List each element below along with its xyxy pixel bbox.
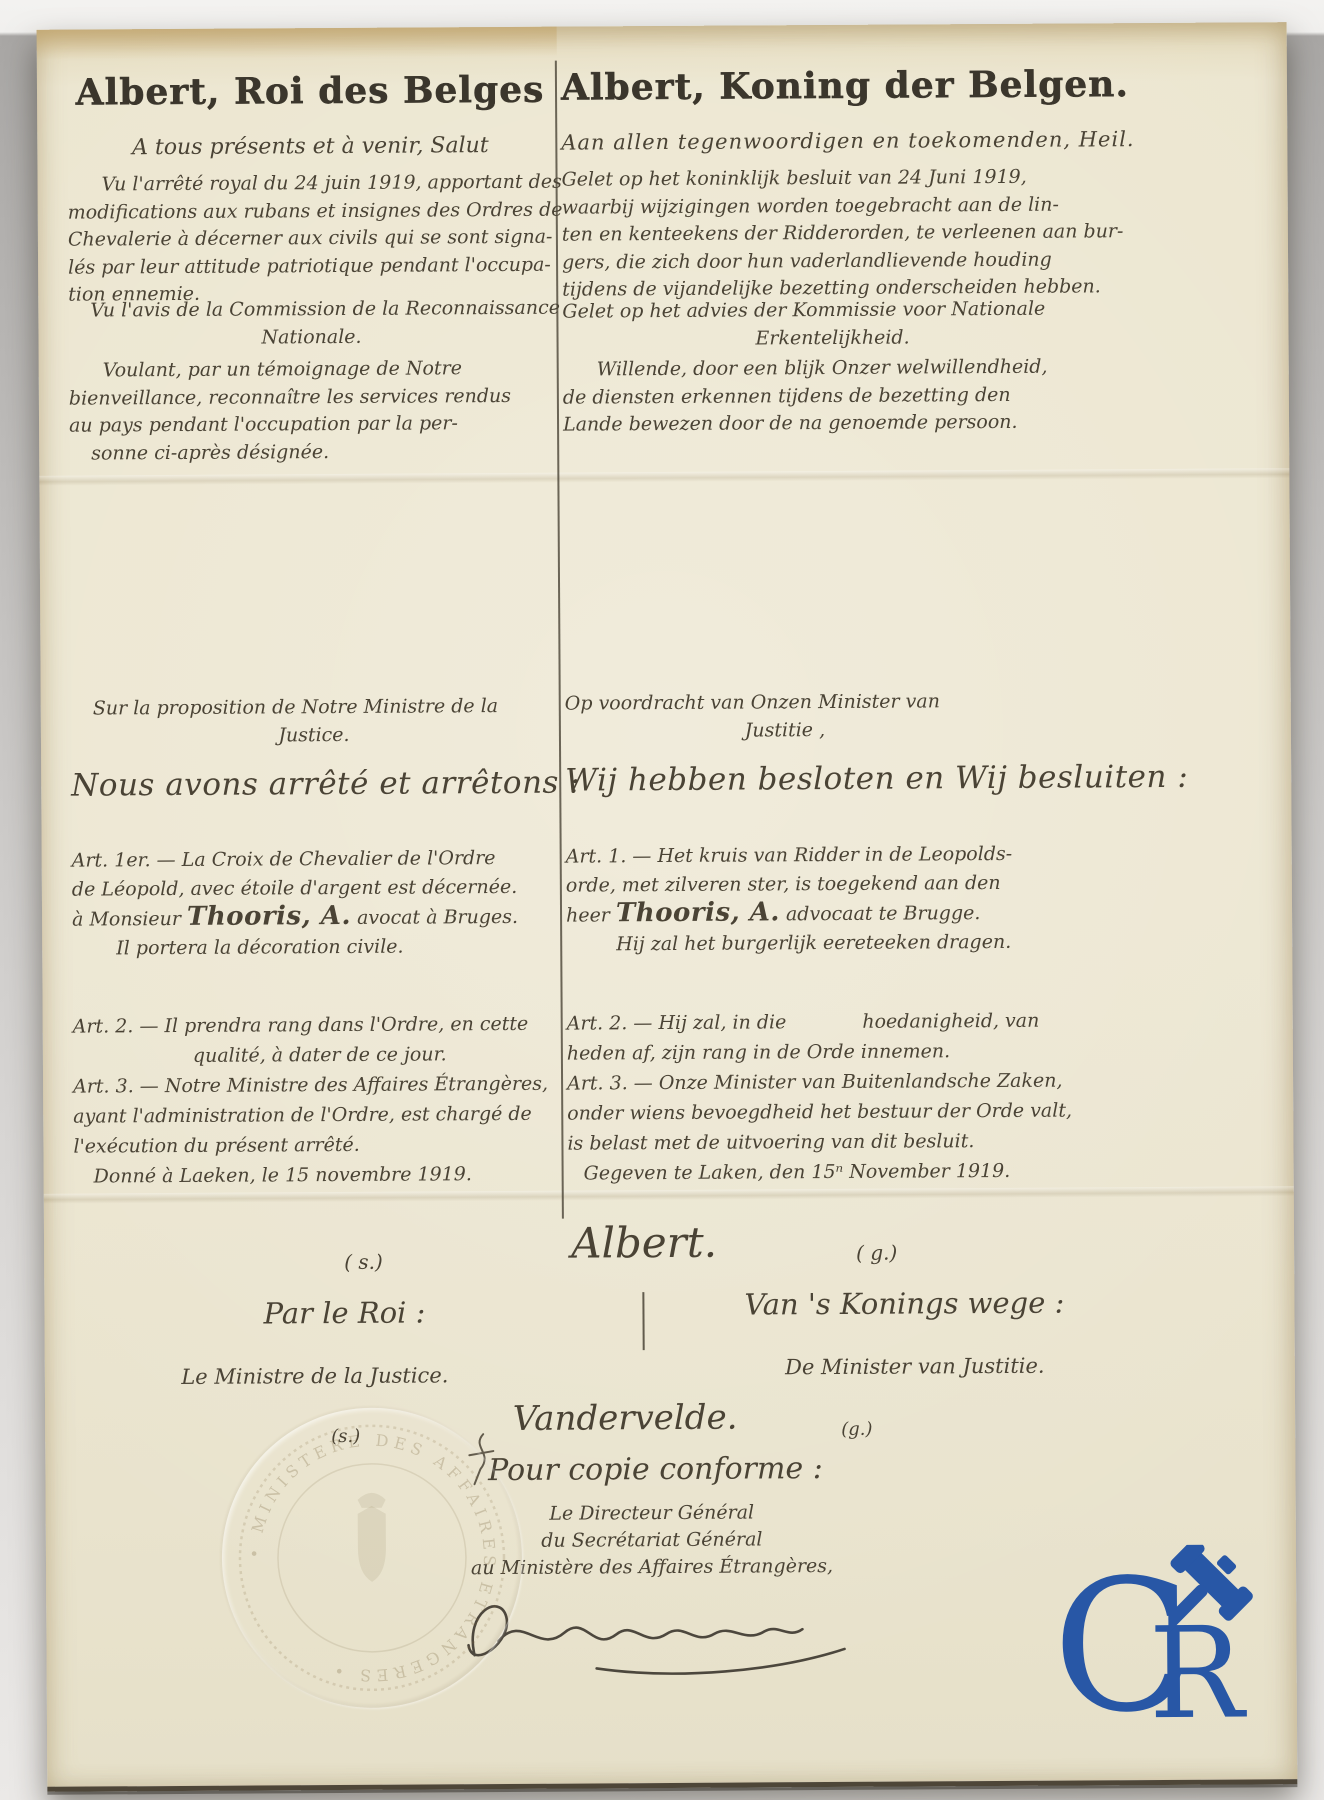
paragraph: Sur la proposition de Notre Ministre de … xyxy=(71,693,579,751)
date-line-dutch: Gegeven te Laken, den 15ⁿ November 1919. xyxy=(584,1156,1073,1189)
text-fragment: à Monsieur xyxy=(72,908,181,931)
signed-marker-french: ( s.) xyxy=(344,1250,383,1274)
text-line: Art. 1er. — La Croix de Chevalier de l'O… xyxy=(72,844,558,875)
gavel-icon xyxy=(1168,1544,1287,1663)
text-line: de Léopold, avec étoile d'argent est déc… xyxy=(72,872,558,903)
paragraph: Vu l'avis de la Commission de la Reconna… xyxy=(68,295,576,353)
salutation-dutch: Aan allen tegenwoordigen en toekomenden,… xyxy=(561,127,1121,154)
crown-shape xyxy=(358,1493,386,1508)
paragraph: Gelet op het koninklijk besluit van 24 J… xyxy=(561,163,1123,304)
text-line: Erkentelijkheid. xyxy=(622,323,1042,353)
articles-2-3-dutch: Art. 2. — Hij zal, in die hoedanigheid, … xyxy=(567,1006,1073,1189)
text-line: Lande bewezen door de na genoemde persoo… xyxy=(563,409,1048,439)
text-line: Art. 2. — Hij zal, in die hoedanigheid, … xyxy=(567,1006,1072,1039)
coat-of-arms-shield xyxy=(358,1506,386,1582)
text-line: is belast met de uitvoering van dit besl… xyxy=(567,1126,1072,1159)
fold-crease xyxy=(39,468,1289,486)
text-line: Art. 2. — Il prendra rang dans l'Ordre, … xyxy=(73,1009,559,1042)
text-line: heden af, zijn rang in de Orde innemen. xyxy=(567,1036,1072,1069)
text-line: Justitie , xyxy=(605,716,965,746)
recipient-name: Thooris, A. xyxy=(187,901,351,932)
text-line: Voulant, par un témoignage de Notre xyxy=(103,354,589,384)
auction-house-watermark: C R xyxy=(1046,1548,1287,1754)
text-line: Willende, door een blijk Onzer welwillen… xyxy=(597,354,1048,384)
text-line: lés par leur attitude patriotique pendan… xyxy=(68,251,554,281)
decree-heading-french: Nous avons arrêté et arrêtons : xyxy=(71,765,580,804)
text-line: orde, met zilveren ster, is toegekend aa… xyxy=(566,868,1013,899)
signed-marker-dutch: (g.) xyxy=(841,1419,872,1440)
text-line: sonne ci-après désignée. xyxy=(91,437,577,467)
embossed-seal: • MINISTERE DES AFFAIRES ETRANGERES • xyxy=(221,1407,523,1709)
title-dutch: Albert, Koning der Belgen. xyxy=(561,63,1121,110)
text-line: de diensten erkennen tijdens de bezettin… xyxy=(563,381,1048,411)
text-line: waarbij wijzigingen worden toegebracht a… xyxy=(562,191,1124,222)
text-line: l'exécution du présent arrêté. xyxy=(73,1129,559,1162)
paragraph: Willende, door een blijk Onzer welwillen… xyxy=(563,354,1048,439)
paragraph: Voulant, par un témoignage de Notre bien… xyxy=(69,354,590,467)
text-line: Art. 1. — Het kruis van Ridder in de Leo… xyxy=(566,840,1013,871)
text-line: Chevalerie à décerner aux civils qui se … xyxy=(68,224,554,254)
text-line: onder wiens bevoegdheid het bestuur der … xyxy=(567,1096,1072,1129)
text-line: Sur la proposition de Notre Ministre de … xyxy=(93,693,579,723)
text-fragment: advocaat te Brugge. xyxy=(786,902,981,925)
text-line: Art. 3. — Onze Minister van Buitenlandsc… xyxy=(567,1066,1072,1099)
minister-title-french: Le Ministre de la Justice. xyxy=(155,1363,475,1389)
text-line: à Monsieur Thooris, A. avocat à Bruges. xyxy=(72,901,558,934)
recipient-name: Thooris, A. xyxy=(616,897,780,928)
text-line: Nationale. xyxy=(68,322,554,352)
article-1-french: Art. 1er. — La Croix de Chevalier de l'O… xyxy=(72,843,603,962)
text-fragment: avocat à Bruges. xyxy=(357,906,518,929)
aged-paper-edge xyxy=(37,27,557,60)
paragraph: Vu l'arrêté royal du 24 juin 1919, appor… xyxy=(67,168,588,309)
text-line: Justice. xyxy=(71,720,557,750)
minister-title-dutch: De Minister van Justitie. xyxy=(745,1353,1085,1379)
decree-heading-dutch: Wij hebben besloten en Wij besluiten : xyxy=(565,759,1188,799)
text-line: modifications aux rubans et insignes des… xyxy=(68,196,554,226)
signed-marker-dutch: ( g.) xyxy=(856,1241,897,1265)
text-line: ayant l'administration de l'Ordre, est c… xyxy=(73,1099,559,1132)
paper-stack-edge xyxy=(47,1784,1297,1795)
embossed-seal-graphic: • MINISTERE DES AFFAIRES ETRANGERES • xyxy=(221,1407,523,1709)
text-line: Il portera la décoration civile. xyxy=(116,931,602,962)
text-line: Hij zal het burgerlijk eereteeken dragen… xyxy=(616,927,1013,958)
text-line: au pays pendant l'occupation par la per- xyxy=(69,410,555,440)
photograph: Albert, Roi des Belges A tous présents e… xyxy=(0,0,1324,1800)
paragraph: Op voordracht van Onzen Minister van Jus… xyxy=(565,688,965,745)
salutation-french: A tous présents et à venir, Salut xyxy=(67,133,553,161)
title-french: Albert, Roi des Belges xyxy=(67,69,553,115)
paragraph: Gelet op het advies der Kommissie voor N… xyxy=(562,296,1045,354)
by-the-king-dutch: Van 's Konings wege : xyxy=(744,1286,1064,1322)
text-line: heer Thooris, A. advocaat te Brugge. xyxy=(566,897,1013,930)
text-line: Vu l'avis de la Commission de la Reconna… xyxy=(90,295,576,325)
by-the-king-french: Par le Roi : xyxy=(204,1295,484,1331)
separator-line xyxy=(642,1292,644,1350)
document-page: Albert, Roi des Belges A tous présents e… xyxy=(37,22,1298,1792)
text-line: Art. 3. — Notre Ministre des Affaires Ét… xyxy=(73,1069,559,1102)
date-line-french: Donné à Laeken, le 15 novembre 1919. xyxy=(94,1159,580,1192)
text-line: Gelet op het koninklijk besluit van 24 J… xyxy=(561,163,1123,194)
text-line: gers, die zich door hun vaderlandlievend… xyxy=(562,246,1124,277)
royal-signature: Albert. xyxy=(444,1217,844,1268)
article-1-dutch: Art. 1. — Het kruis van Ridder in de Leo… xyxy=(566,840,1013,959)
text-line: ten en kenteekens der Ridderorden, te ve… xyxy=(562,218,1124,249)
text-line: Vu l'arrêté royal du 24 juin 1919, appor… xyxy=(101,168,587,198)
text-line: Gelet op het advies der Kommissie voor N… xyxy=(562,296,1045,326)
text-line: Op voordracht van Onzen Minister van xyxy=(565,688,965,718)
text-fragment: heer xyxy=(566,904,610,926)
text-line: bienveillance, reconnaître les services … xyxy=(69,382,555,412)
